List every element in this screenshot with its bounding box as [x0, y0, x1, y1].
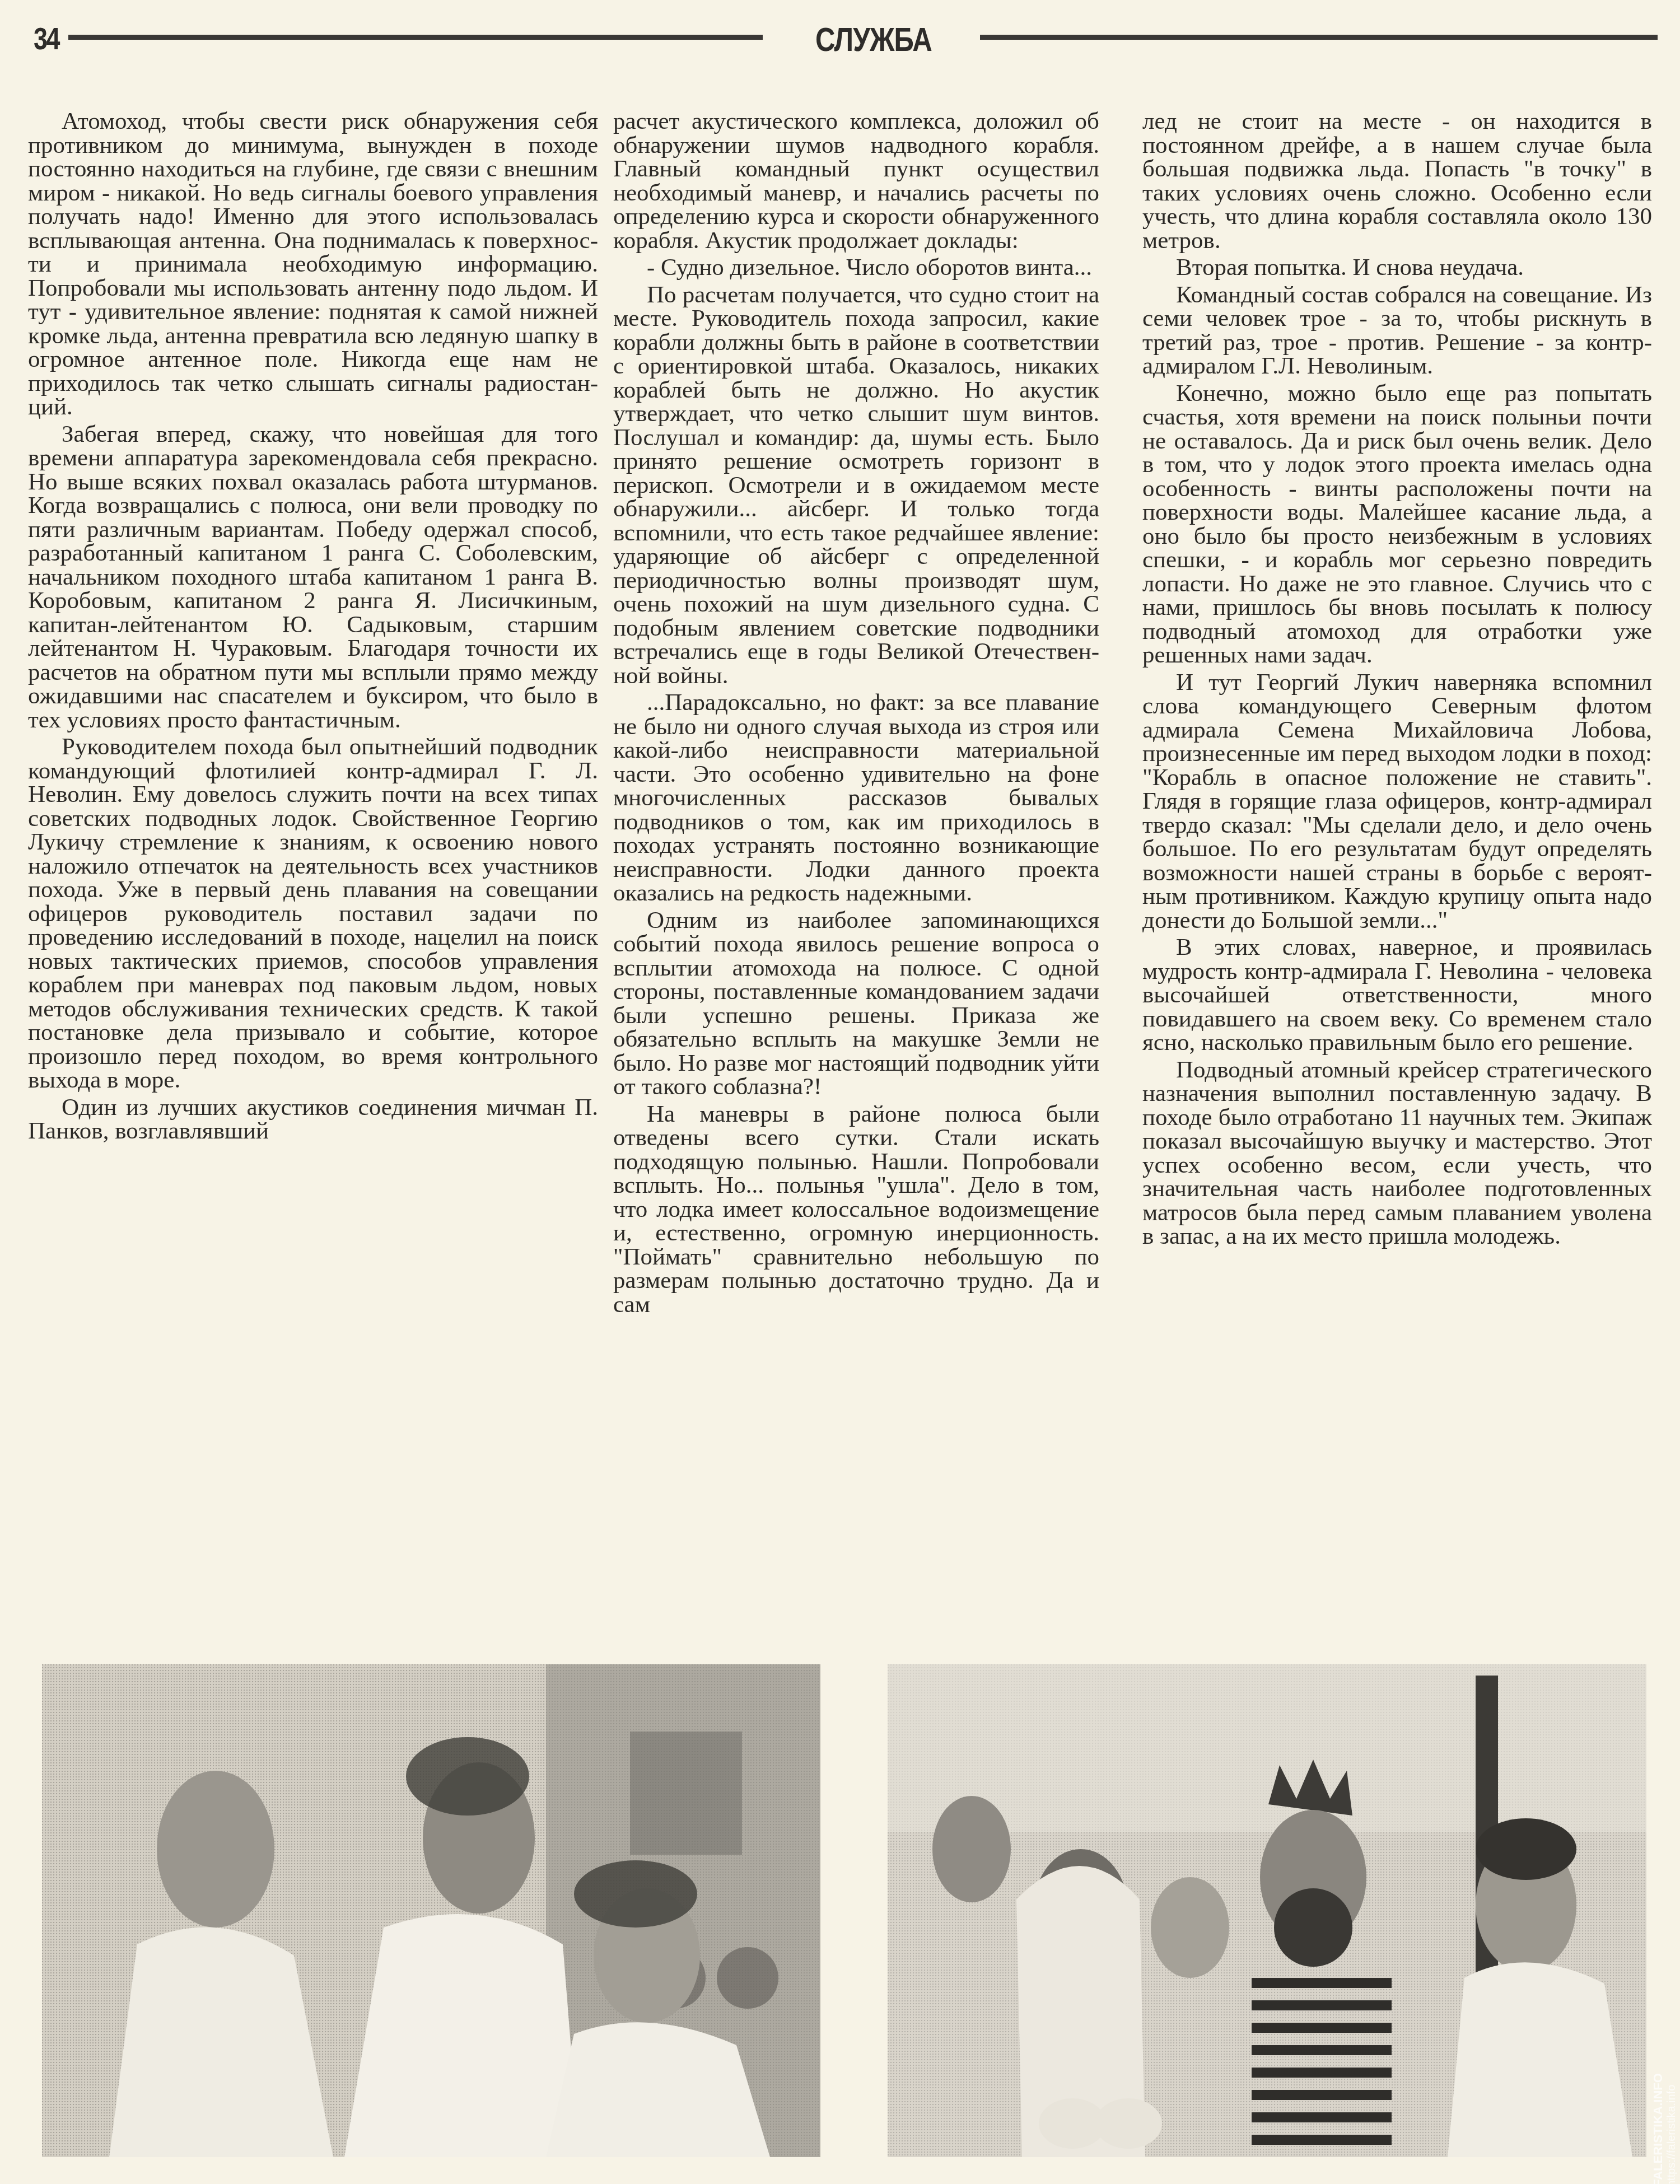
paragraph: Один из лучших акустиков соедине­ния мич…	[28, 1096, 598, 1144]
paragraph: На маневры в районе полюса были отведены…	[613, 1103, 1099, 1317]
paragraph: Командный состав собрался на сове­щание.…	[1142, 283, 1652, 379]
paragraph: ...Парадоксально, но факт: за все пла­ва…	[613, 691, 1099, 906]
paragraph: расчет акустического комплекса, доло­жил…	[613, 110, 1099, 253]
paragraph: Забегая вперед, скажу, что новейшая для …	[28, 423, 598, 732]
article-column-1: Атомоход, чтобы свести риск обнару­жения…	[28, 110, 598, 1147]
photo-officers	[42, 1664, 820, 2157]
page-header: 34 СЛУЖБА	[34, 17, 1658, 56]
paragraph: Руководителем похода был опытней­ший под…	[28, 735, 598, 1093]
photo-neptune-celebration	[888, 1664, 1646, 2157]
watermark-brand: FALERISTIKA.INFO	[1651, 2073, 1665, 2184]
photo-officers-image	[42, 1664, 820, 2157]
paragraph: Конечно, можно было еще раз попы­тать сч…	[1142, 382, 1652, 668]
header-rule-right	[980, 35, 1658, 40]
section-title: СЛУЖБА	[791, 20, 956, 59]
page-number: 34	[34, 20, 59, 57]
watermark: FALERISTIKA.INFO https://faleristika.inf…	[1651, 2073, 1678, 2184]
photo-neptune-image	[888, 1664, 1646, 2157]
paragraph: И тут Георгий Лукич наверняка вспомнил с…	[1142, 671, 1652, 933]
article-column-3: лед не стоит на месте - он находится в п…	[1142, 110, 1652, 1252]
paragraph: Подводный атомный крейсер страте­гическо…	[1142, 1058, 1652, 1249]
header-rule-left	[68, 35, 763, 40]
paragraph: лед не стоит на месте - он находится в п…	[1142, 110, 1652, 253]
paragraph: Атомоход, чтобы свести риск обнару­жения…	[28, 110, 598, 419]
paragraph: Вторая попытка. И снова неудача.	[1142, 256, 1652, 280]
watermark-url: https://faleristika.info	[1665, 2073, 1678, 2184]
paragraph: По расчетам получается, что судно стоит …	[613, 283, 1099, 688]
paragraph: Одним из наиболее запоминающихся событий…	[613, 909, 1099, 1099]
paragraph: В этих словах, наверное, и прояви­лась м…	[1142, 936, 1652, 1055]
article-column-2: расчет акустического комплекса, доло­жил…	[613, 110, 1099, 1320]
paragraph: - Судно дизельное. Число оборотов винта.…	[613, 256, 1099, 280]
